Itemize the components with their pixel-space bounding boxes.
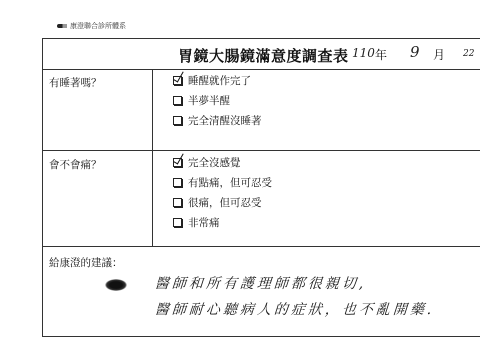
option-item[interactable]: 睡醒就作完了	[173, 74, 262, 87]
form-title: 胃鏡大腸鏡滿意度調查表	[178, 45, 349, 66]
option-label: 非常痛	[188, 215, 220, 230]
date-year-label: 年	[375, 46, 387, 63]
option-label: 睡醒就作完了	[188, 73, 251, 88]
option-label: 很痛，但可忍受	[188, 195, 262, 210]
column-divider	[152, 151, 153, 246]
question-label: 會不會痛？	[49, 157, 102, 172]
date-month-label: 月	[433, 46, 445, 63]
title-row: 胃鏡大腸鏡滿意度調查表 110 年 9 月 22	[43, 39, 480, 70]
handwritten-suggestion-line: 醫師和所有護理師都很親切,	[154, 273, 367, 293]
clinic-header: 康澄聯合診所體系	[57, 21, 126, 31]
scribble-mark-icon	[105, 279, 127, 291]
question-label: 有睡著嗎？	[49, 75, 102, 90]
checkbox-icon[interactable]	[173, 178, 182, 187]
checkbox-checked-icon[interactable]	[173, 76, 182, 85]
option-item[interactable]: 非常痛	[173, 216, 272, 229]
survey-form: 胃鏡大腸鏡滿意度調查表 110 年 9 月 22 有睡著嗎？ 睡醒就作完了 半夢…	[42, 38, 480, 337]
checkbox-icon[interactable]	[173, 96, 182, 105]
column-divider	[152, 69, 153, 150]
clinic-logo-icon	[57, 24, 67, 28]
option-list: 睡醒就作完了 半夢半醒 完全清醒沒睡著	[173, 74, 262, 127]
option-item[interactable]: 有點痛，但可忍受	[173, 176, 272, 189]
date-day-value: 22	[463, 49, 474, 59]
option-label: 完全清醒沒睡著	[188, 113, 262, 128]
date-month-value: 9	[410, 43, 420, 61]
option-list: 完全沒感覺 有點痛，但可忍受 很痛，但可忍受 非常痛	[173, 156, 272, 229]
checkbox-icon[interactable]	[173, 116, 182, 125]
option-item[interactable]: 很痛，但可忍受	[173, 196, 272, 209]
option-item[interactable]: 完全清醒沒睡著	[173, 114, 262, 127]
checkbox-icon[interactable]	[173, 218, 182, 227]
organization-name: 康澄聯合診所體系	[70, 21, 126, 31]
checkbox-icon[interactable]	[173, 198, 182, 207]
option-item[interactable]: 半夢半醒	[173, 94, 262, 107]
option-label: 完全沒感覺	[188, 155, 241, 170]
checkbox-checked-icon[interactable]	[173, 158, 182, 167]
suggestions-row: 給康澄的建議： 醫師和所有護理師都很親切, 醫師耐心聽病人的症狀，也不亂開藥.	[43, 247, 480, 338]
option-item[interactable]: 完全沒感覺	[173, 156, 272, 169]
option-label: 有點痛，但可忍受	[188, 175, 272, 190]
option-label: 半夢半醒	[188, 93, 230, 108]
question-row-pain: 會不會痛？ 完全沒感覺 有點痛，但可忍受 很痛，但可忍受 非常痛	[43, 151, 480, 247]
handwritten-suggestion-line: 醫師耐心聽病人的症狀，也不亂開藥.	[154, 299, 435, 319]
date-year-value: 110	[352, 46, 375, 60]
suggestions-label: 給康澄的建議：	[49, 255, 123, 270]
question-row-sleep: 有睡著嗎？ 睡醒就作完了 半夢半醒 完全清醒沒睡著	[43, 69, 480, 151]
